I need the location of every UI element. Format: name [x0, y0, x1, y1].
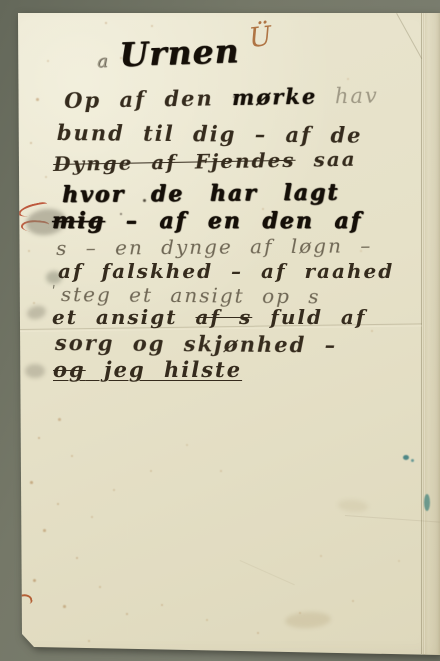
photograph-of-manuscript: Ü' a UrnenOp af den mørke havbund til di…: [0, 0, 440, 661]
handwriting-line-6: s – en dynge af løgn –: [56, 233, 372, 260]
handwriting-line-11: og jeg hilste: [53, 357, 242, 382]
handwriting-segment: mørke: [232, 84, 318, 110]
handwriting-segment: Urnen: [119, 31, 240, 74]
handwriting-segment: – af en den af: [105, 208, 362, 234]
paper-shadow-wrap: Ü' a UrnenOp af den mørke havbund til di…: [0, 0, 440, 661]
handwriting-segment: hvor de har lagt: [62, 180, 340, 208]
handwriting-segment: bund til dig – af de: [57, 120, 363, 148]
handwriting-title: a Urnen: [96, 31, 240, 75]
handwriting-layer: a UrnenOp af den mørke havbund til dig –…: [0, 0, 440, 661]
handwriting-segment: Dynge af Fjendes: [53, 148, 296, 176]
manuscript-paper-sheet: Ü' a UrnenOp af den mørke havbund til di…: [0, 0, 440, 661]
handwriting-segment: Op af den: [64, 85, 232, 113]
handwriting-line-2: bund til dig – af de: [57, 120, 363, 148]
handwriting-segment: a: [97, 50, 120, 72]
handwriting-segment: og: [53, 357, 86, 382]
handwriting-line-4: hvor de har lagt: [62, 180, 340, 208]
handwriting-segment: et ansigt: [52, 305, 195, 329]
handwriting-line-7: af falskhed – af raahed: [58, 259, 394, 283]
handwriting-line-5: mig – af en den af: [52, 208, 362, 234]
handwriting-segment: jeg hilste: [86, 357, 242, 382]
handwriting-segment: sorg og skjønhed –: [55, 330, 337, 357]
handwriting-segment: fuld af: [252, 305, 366, 329]
handwriting-segment: af s: [195, 305, 252, 329]
handwriting-line-3: Dynge af Fjendes saa: [53, 147, 357, 176]
handwriting-segment: saa: [295, 147, 357, 172]
handwriting-segment: s – en dynge af løgn –: [56, 233, 372, 260]
handwriting-line-1: Op af den mørke hav: [64, 83, 379, 113]
handwriting-segment: af falskhed – af raahed: [58, 259, 394, 283]
handwriting-line-9: et ansigt af s fuld af: [52, 305, 366, 329]
handwriting-segment: hav: [317, 84, 379, 109]
handwriting-segment: mig: [52, 208, 105, 234]
handwriting-line-10: sorg og skjønhed –: [55, 330, 337, 357]
